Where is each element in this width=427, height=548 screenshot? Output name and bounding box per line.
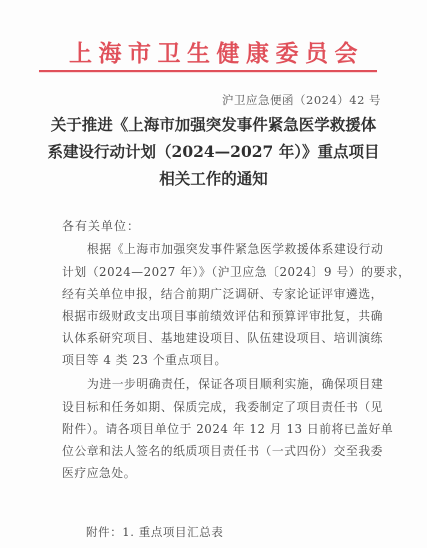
organization-header: 上海市卫生健康委员会 (0, 40, 427, 68)
title-line-2: 系建设行动计划（2024—2027 年）》重点项目 (0, 143, 427, 161)
title-line-1: 关于推进《上海市加强突发事件紧急医学救援体 (0, 116, 427, 134)
paragraph-1-line-5: 认体系研究项目、基地建设项目、队伍建设项目、培训演练 (62, 331, 383, 345)
paragraph-2-line-5: 医疗应急处。 (62, 466, 136, 480)
paragraph-2-line-2: 设目标和任务如期、保质完成，我委制定了项目责任书（见 (62, 400, 383, 414)
attachment-line: 附件：1. 重点项目汇总表 (86, 525, 223, 539)
paragraph-1-line-6: 项目等 4 类 23 个重点项目。 (62, 353, 227, 367)
paragraph-1-line-4: 根据市级财政支出项目事前绩效评估和预算评审批复，共确 (62, 309, 383, 323)
paragraph-2-line-1: 为进一步明确责任，保证各项目顺利实施，确保项目建 (87, 377, 383, 391)
paragraph-2-line-3: 附件）。请各项目单位于 2024 年 12 月 13 日前将已盖好单 (62, 422, 393, 436)
paragraph-1-line-3: 经有关单位申报，结合前期广泛调研、专家论证评审遴选， (62, 287, 383, 301)
title-line-3: 相关工作的通知 (0, 170, 427, 188)
paragraph-1-line-2: 计划（2024—2027 年）》（沪卫应急〔2024〕9 号）的要求， (62, 265, 410, 279)
document-page: 上海市卫生健康委员会 沪卫应急便函（2024）42 号 关于推进《上海市加强突发… (0, 0, 427, 548)
paragraph-1-line-1: 根据《上海市加强突发事件紧急医学救援体系建设行动 (87, 242, 383, 256)
header-divider (39, 70, 377, 72)
paragraph-2-line-4: 位公章和法人签名的纸质项目责任书（一式四份）交至我委 (62, 444, 383, 458)
salutation: 各有关单位： (62, 219, 140, 233)
document-number: 沪卫应急便函（2024）42 号 (222, 93, 381, 107)
